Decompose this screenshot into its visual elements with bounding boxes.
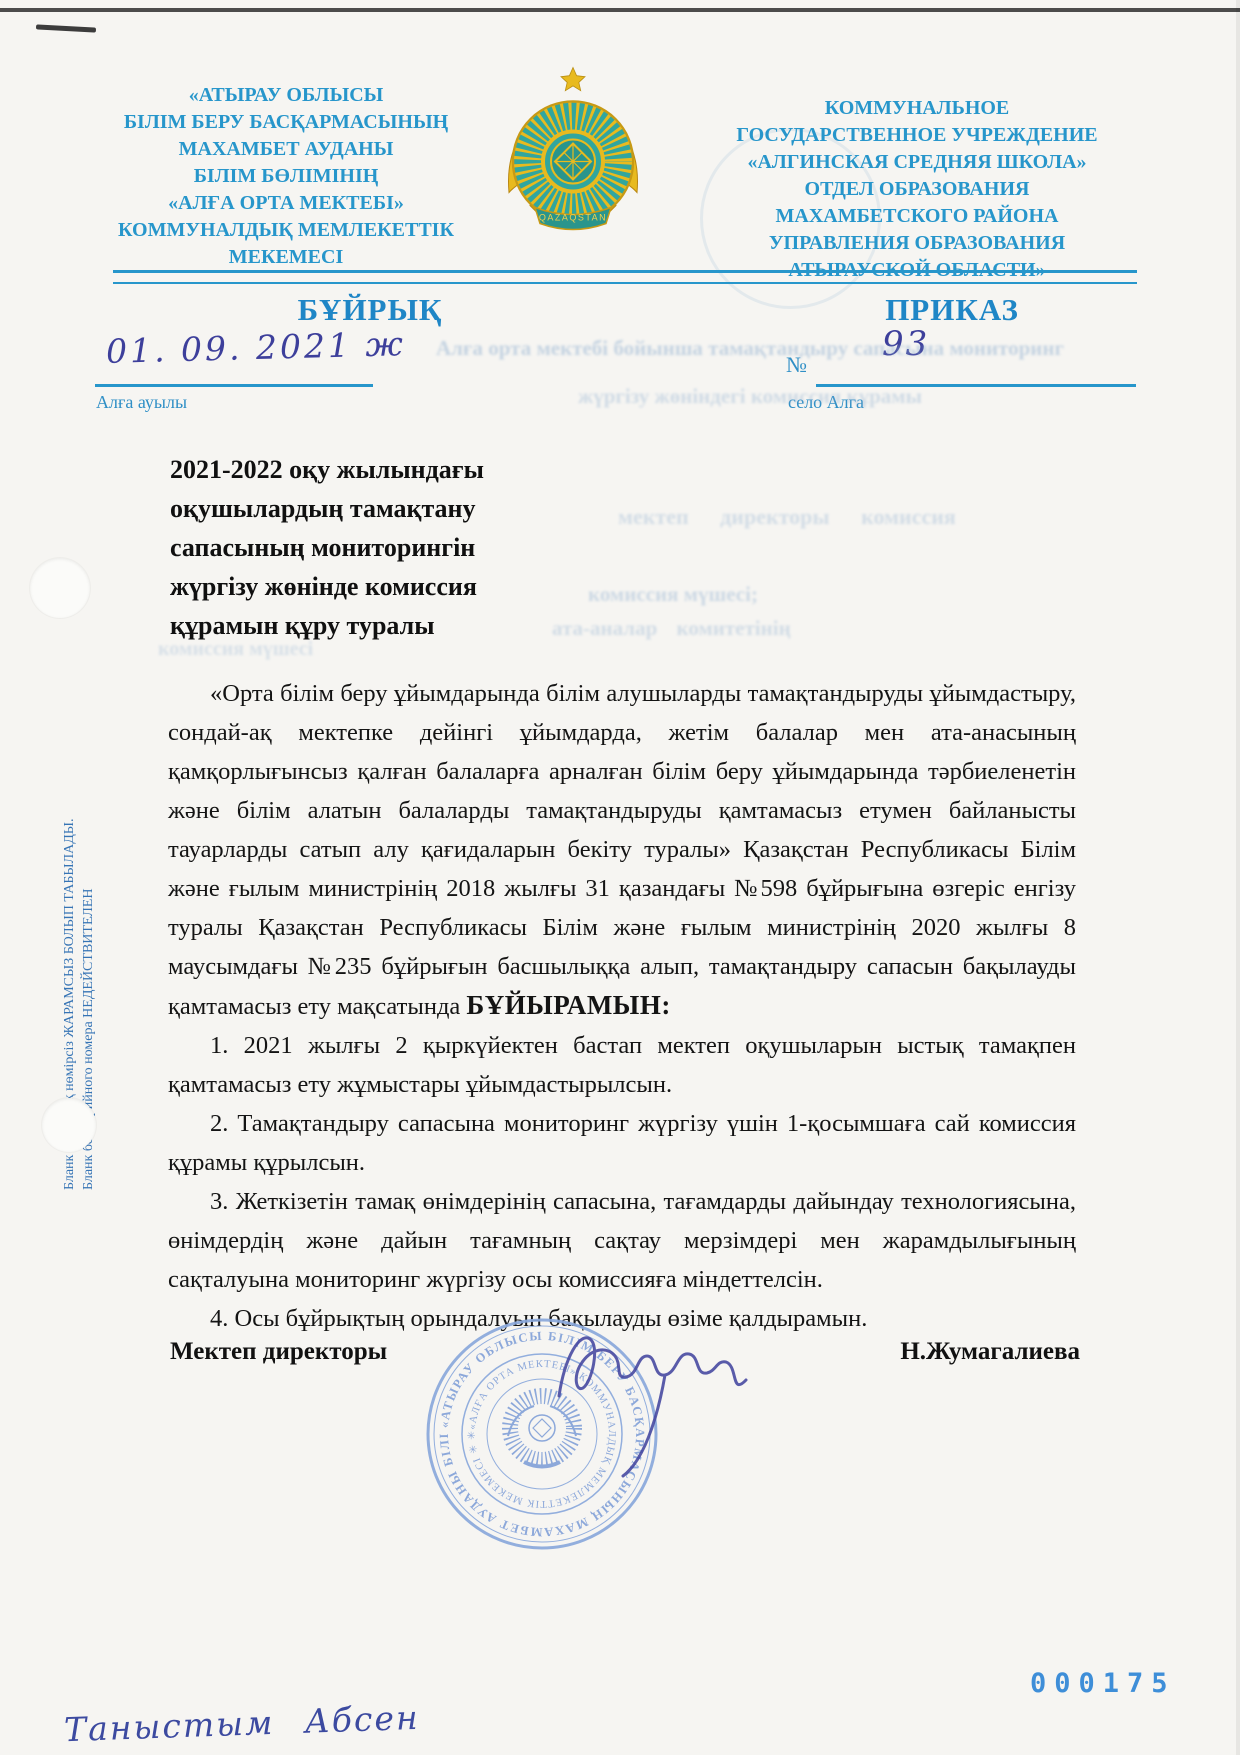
bleed-through-text: ата-аналар комитетінің [552, 616, 791, 641]
letterhead-line: «АЛҒА ОРТА МЕКТЕБІ» [112, 190, 460, 217]
date-underline [95, 384, 373, 387]
order-item: 1. 2021 жылғы 2 қыркүйектен бастап мекте… [168, 1026, 1076, 1104]
order-item-number: 3. [210, 1188, 228, 1215]
order-heading-russian: ПРИКАЗ [812, 292, 1092, 328]
director-signature-ink [545, 1316, 775, 1486]
letterhead-line: КОММУНАЛДЫҚ МЕМЛЕКЕТТІК [112, 217, 460, 244]
punch-hole [42, 1098, 96, 1152]
letterhead-line: МЕКЕМЕСІ [112, 244, 460, 271]
order-item: 3. Жеткізетін тамақ өнімдерінің сапасына… [168, 1182, 1076, 1299]
bottom-handwritten-note: Таныстым Абсен [63, 1698, 420, 1749]
order-verb: БҰЙЫРАМЫН: [466, 990, 670, 1020]
letterhead-line: БІЛІМ БӨЛІМІНІҢ [112, 163, 460, 190]
order-item-number: 4. [210, 1305, 228, 1332]
blank-serial-number: 000175 [1030, 1668, 1176, 1699]
order-item-text: 2021 жылғы 2 қыркүйектен бастап мектеп о… [168, 1032, 1076, 1098]
preamble-text: «Орта білім беру ұйымдарында білім алушы… [168, 680, 1076, 1020]
bleed-through-text: комиссия мүшесі; [588, 582, 758, 607]
order-item-number: 2. [210, 1110, 228, 1137]
letterhead-line: МАХАМБЕТСКОГО РАЙОНА [688, 203, 1146, 230]
order-title-line: құрамын құру туралы [170, 606, 484, 645]
order-title-line: оқушылардың тамақтану [170, 489, 484, 528]
kazakhstan-coat-of-arms-icon: QAZAQSTAN [502, 64, 644, 240]
order-item-number: 1. [210, 1032, 228, 1059]
punch-hole [30, 558, 90, 618]
letterhead-line: ГОСУДАРСТВЕННОЕ УЧРЕЖДЕНИЕ [688, 122, 1146, 149]
order-title-line: 2021-2022 оқу жылындағы [170, 450, 484, 489]
bleed-through-text: Алға орта мектебі бойынша тамақтандыру с… [340, 336, 1160, 361]
order-heading-kazakh: БҰЙРЫҚ [230, 292, 510, 328]
letterhead-line: КОММУНАЛЬНОЕ [688, 95, 1146, 122]
order-item-text: Тамақтандыру сапасына мониторинг жүргізу… [168, 1110, 1076, 1176]
order-title: 2021-2022 оқу жылындағыоқушылардың тамақ… [170, 450, 484, 645]
letterhead-line: БІЛІМ БЕРУ БАСҚАРМАСЫНЫҢ [112, 109, 460, 136]
letterhead-line: ОТДЕЛ ОБРАЗОВАНИЯ [688, 176, 1146, 203]
order-item: 2. Тамақтандыру сапасына мониторинг жүрг… [168, 1104, 1076, 1182]
signer-name: Н.Жумагалиева [856, 1338, 1080, 1366]
place-label-kazakh: Алға ауылы [96, 392, 187, 413]
scan-pen-mark [36, 24, 96, 32]
order-title-line: сапасының мониторингін [170, 528, 484, 567]
order-item-text: Жеткізетін тамақ өнімдерінің сапасына, т… [168, 1188, 1076, 1293]
scan-edge-shadow [1236, 0, 1240, 1755]
order-body: «Орта білім беру ұйымдарында білім алушы… [168, 674, 1076, 1338]
bleed-through-text: жүргізу жөніндегі комиссия құрамы [420, 384, 1080, 409]
letterhead-line: «АТЫРАУ ОБЛЫСЫ [112, 82, 460, 109]
order-items: 1. 2021 жылғы 2 қыркүйектен бастап мекте… [168, 1026, 1076, 1338]
letterhead-line: МАХАМБЕТ АУДАНЫ [112, 136, 460, 163]
signer-role: Мектеп директоры [170, 1338, 387, 1366]
letterhead-org-kazakh: «АТЫРАУ ОБЛЫСЫБІЛІМ БЕРУ БАСҚАРМАСЫНЫҢМА… [112, 82, 460, 271]
emblem-banner-text: QAZAQSTAN [539, 213, 607, 223]
order-title-line: жүргізу жөнінде комиссия [170, 567, 484, 606]
scan-edge-line [0, 8, 1240, 12]
letterhead-line: УПРАВЛЕНИЯ ОБРАЗОВАНИЯ [688, 230, 1146, 257]
letterhead-org-russian: КОММУНАЛЬНОЕГОСУДАРСТВЕННОЕ УЧРЕЖДЕНИЕ«А… [688, 95, 1146, 284]
letterhead-divider [113, 270, 1137, 284]
bleed-through-text: мектеп директоры комиссия [618, 504, 956, 530]
order-preamble: «Орта білім беру ұйымдарында білім алушы… [168, 674, 1076, 1026]
letterhead-line: «АЛГИНСКАЯ СРЕДНЯЯ ШКОЛА» [688, 149, 1146, 176]
scanned-order-document: «АТЫРАУ ОБЛЫСЫБІЛІМ БЕРУ БАСҚАРМАСЫНЫҢМА… [0, 0, 1240, 1755]
